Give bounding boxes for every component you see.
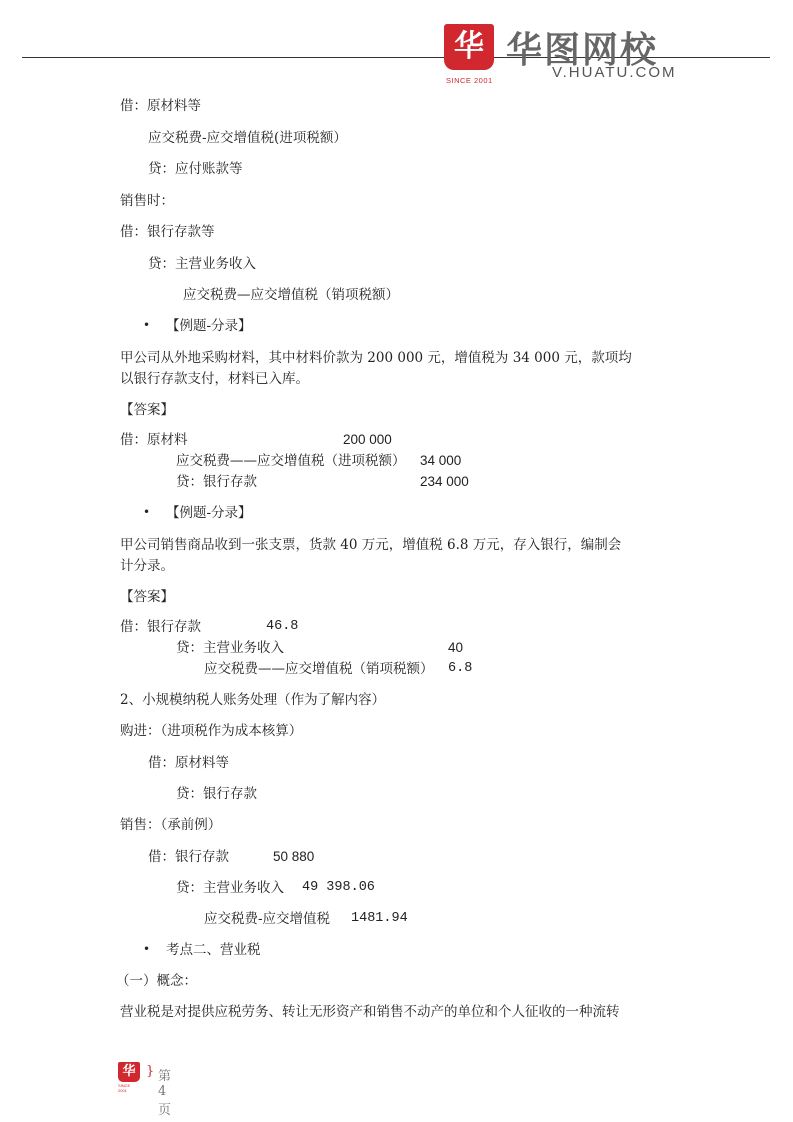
text-line: 贷：银行存款 [176, 786, 257, 802]
huatu-logo: 华 SINCE 2001 华图网校 V.HUATU.COM [444, 24, 694, 88]
answer-label: 【答案】 [120, 402, 174, 418]
entry-value: 234 000 [420, 474, 469, 490]
logo-mark-icon: 华 [444, 24, 494, 70]
text-line: 借：原材料等 [148, 755, 229, 771]
bullet-icon: • [143, 318, 150, 332]
entry-label: 应交税费——应交增值税（销项税额） [204, 661, 434, 677]
bullet-icon: • [143, 942, 150, 956]
footer-logo-icon: 华 [118, 1062, 140, 1082]
footer-since: SINCE 2001 [118, 1083, 130, 1093]
text-line: 应交税费-应交增值税(进项税额） [148, 130, 347, 146]
entry-label: 借：原材料 [120, 432, 188, 448]
example-title: 【例题-分录】 [166, 505, 252, 521]
entry-value: 1481.94 [351, 911, 408, 927]
text-line: 销售时： [120, 193, 174, 209]
text-line: 借：原材料等 [120, 98, 201, 114]
entry-value: 50 880 [273, 849, 314, 865]
entry-value: 6.8 [448, 661, 472, 677]
entry-label: 应交税费-应交增值税 [204, 911, 330, 927]
logo-url: V.HUATU.COM [552, 64, 677, 81]
entry-label: 贷：主营业务收入 [176, 880, 284, 896]
entry-label: 应交税费——应交增值税（进项税额） [176, 453, 406, 469]
paragraph: 计分录。 [120, 558, 174, 574]
entry-label: 借：银行存款 [148, 849, 229, 865]
entry-label: 贷：主营业务收入 [176, 640, 284, 656]
paragraph: 以银行存款支付，材料已入库。 [120, 371, 309, 387]
entry-value: 40 [448, 640, 463, 656]
section-heading: 2、小规模纳税人账务处理（作为了解内容） [120, 692, 385, 708]
entry-label: 借：银行存款 [120, 619, 201, 635]
footer-brace: } [146, 1064, 154, 1079]
entry-value: 49 398.06 [302, 880, 375, 896]
paragraph: 甲公司从外地采购材料，其中材料价款为 200 000 元，增值税为 34 000… [120, 350, 632, 366]
text-line: 购进：（进项税作为成本核算） [120, 723, 302, 739]
logo-since: SINCE 2001 [446, 76, 493, 85]
page-number: 第 4 页 [158, 1065, 171, 1118]
bullet-icon: • [143, 505, 150, 519]
answer-label: 【答案】 [120, 589, 174, 605]
entry-label: 贷：银行存款 [176, 474, 257, 490]
text-line: 贷：应付账款等 [148, 161, 243, 177]
text-line: 销售：（承前例） [120, 817, 221, 833]
paragraph: 甲公司销售商品收到一张支票，货款 40 万元，增值税 6.8 万元，存入银行，编… [120, 537, 621, 553]
entry-value: 200 000 [343, 432, 392, 448]
text-line: 贷：主营业务收入 [148, 256, 256, 272]
text-line: 借：银行存款等 [120, 224, 215, 240]
entry-value: 34 000 [420, 453, 461, 469]
text-line: 应交税费—应交增值税（销项税额） [183, 287, 399, 303]
text-line: （一）概念： [116, 973, 197, 989]
section-heading: 考点二、营业税 [166, 942, 261, 958]
entry-value: 46.8 [266, 619, 298, 635]
example-title: 【例题-分录】 [166, 318, 252, 334]
paragraph: 营业税是对提供应税劳务、转让无形资产和销售不动产的单位和个人征收的一种流转 [120, 1004, 620, 1020]
